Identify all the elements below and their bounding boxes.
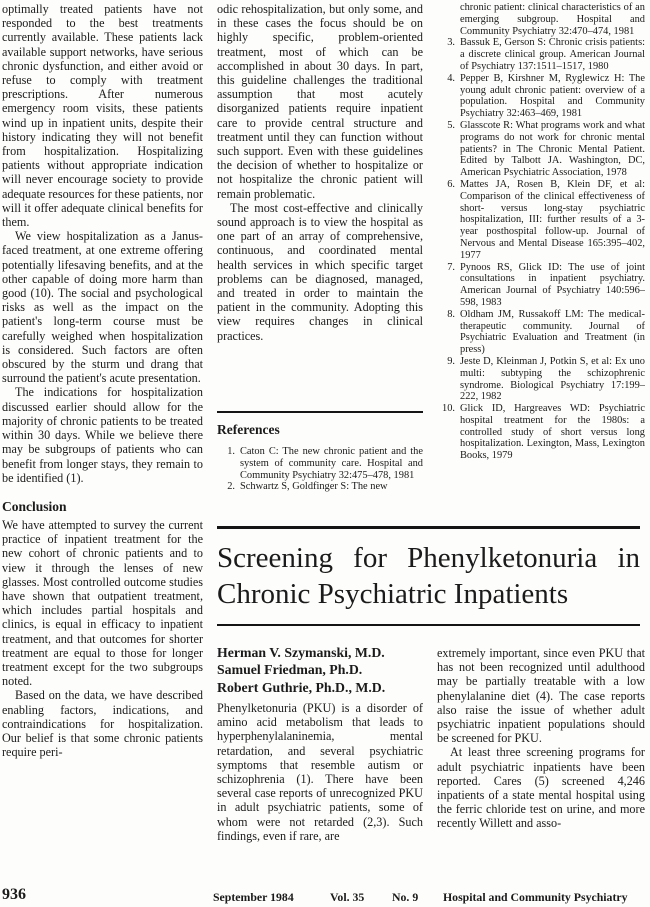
paragraph: extremely important, since even PKU that… — [437, 646, 645, 745]
article-title: Screening for Phenylketonuria in Chronic… — [217, 540, 640, 612]
paragraph: The most cost-effective and clinically s… — [217, 201, 423, 343]
paragraph: odic rehospitalization, but only some, a… — [217, 2, 423, 201]
reference-number: 2. — [217, 481, 235, 493]
paragraph: At least three screening programs for ad… — [437, 745, 645, 830]
reference-number: 3. — [437, 37, 455, 49]
reference-text: Jeste D, Kleinman J, Potkin S, et al: Ex… — [460, 356, 645, 402]
reference-text: Pepper B, Kirshner M, Ryglewicz H: The y… — [460, 73, 645, 119]
author-name: Samuel Friedman, Ph.D. — [217, 661, 427, 678]
references-heading: References — [217, 422, 423, 438]
reference-text: Glasscote R: What programs work and what… — [460, 120, 645, 178]
paragraph: We have attempted to survey the current … — [2, 518, 203, 688]
reference-text: Bassuk E, Gerson S: Chronic crisis patie… — [460, 37, 645, 72]
paragraph: Based on the data, we have described ena… — [2, 688, 203, 759]
reference-number: 10. — [437, 403, 455, 415]
reference-item: 5. Glasscote R: What programs work and w… — [437, 120, 645, 179]
reference-text: Schwartz S, Goldfinger S: The new — [240, 481, 388, 492]
reference-continuation: chronic patient: clinical characteristic… — [437, 2, 645, 37]
reference-text: Mattes JA, Rosen B, Klein DF, et al: Com… — [460, 179, 645, 261]
reference-item: 9. Jeste D, Kleinman J, Potkin S, et al:… — [437, 356, 645, 403]
reference-item: 3. Bassuk E, Gerson S: Chronic crisis pa… — [437, 37, 645, 72]
reference-item: 10. Glick ID, Hargreaves WD: Psychiatric… — [437, 403, 645, 462]
reference-item: 2. Schwartz S, Goldfinger S: The new — [217, 481, 423, 493]
reference-item: 1. Caton C: The new chronic patient and … — [217, 446, 423, 481]
paragraph: We view hospitalization as a Janus-faced… — [2, 229, 203, 385]
reference-text: Caton C: The new chronic patient and the… — [240, 446, 423, 481]
left-column: optimally treated patients have not resp… — [2, 2, 203, 868]
issue-number-label: No. 9 — [392, 890, 418, 905]
issue-date: September 1984 — [213, 890, 294, 905]
reference-item: 7. Pynoos RS, Glick ID: The use of joint… — [437, 262, 645, 309]
paragraph: optimally treated patients have not resp… — [2, 2, 203, 229]
reference-number: 5. — [437, 120, 455, 132]
reference-item: 4. Pepper B, Kirshner M, Ryglewicz H: Th… — [437, 73, 645, 120]
reference-number: 6. — [437, 179, 455, 191]
reference-item: 8. Oldham JM, Russakoff LM: The medical-… — [437, 309, 645, 356]
reference-number: 8. — [437, 309, 455, 321]
journal-name: Hospital and Community Psychiatry — [443, 890, 628, 905]
paragraph: Phenylketonuria (PKU) is a disorder of a… — [217, 701, 423, 843]
article-divider-rule — [217, 526, 640, 529]
reference-text: Oldham JM, Russakoff LM: The medical-the… — [460, 309, 645, 355]
journal-page: optimally treated patients have not resp… — [0, 0, 650, 907]
reference-number: 4. — [437, 73, 455, 85]
volume-label: Vol. 35 — [330, 890, 364, 905]
reference-number: 7. — [437, 262, 455, 274]
author-block: Herman V. Szymanski, M.D. Samuel Friedma… — [217, 644, 427, 696]
paragraph: The indications for hospitalization disc… — [2, 385, 203, 484]
reference-number: 9. — [437, 356, 455, 368]
page-number: 936 — [2, 886, 26, 904]
reference-number: 1. — [217, 446, 235, 458]
reference-text: Glick ID, Hargreaves WD: Psychiatric hos… — [460, 403, 645, 461]
conclusion-heading: Conclusion — [2, 499, 203, 514]
reference-text: Pynoos RS, Glick ID: The use of joint co… — [460, 262, 645, 308]
references-section: References 1. Caton C: The new chronic p… — [217, 411, 423, 529]
references-column: chronic patient: clinical characteristic… — [437, 2, 645, 526]
author-name: Herman V. Szymanski, M.D. — [217, 644, 427, 661]
author-name: Robert Guthrie, Ph.D., M.D. — [217, 679, 427, 696]
middle-column: odic rehospitalization, but only some, a… — [217, 2, 423, 406]
article2-column-2: extremely important, since even PKU that… — [437, 646, 645, 868]
article2-column-1: Phenylketonuria (PKU) is a disorder of a… — [217, 701, 423, 868]
title-rule — [217, 624, 640, 626]
reference-item: 6. Mattes JA, Rosen B, Klein DF, et al: … — [437, 179, 645, 262]
